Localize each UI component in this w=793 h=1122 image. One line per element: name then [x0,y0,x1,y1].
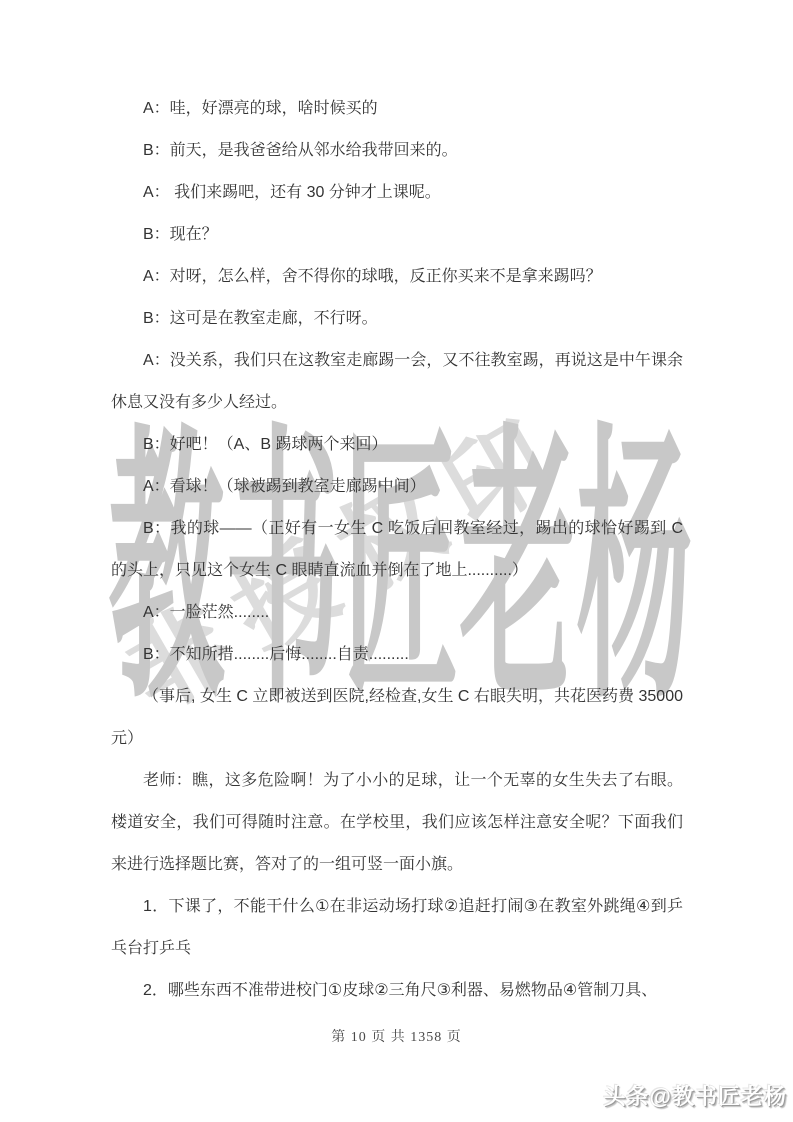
paragraph: A：哇，好漂亮的球，啥时候买的 [111,88,683,130]
document-body: A：哇，好漂亮的球，啥时候买的B：前天，是我爸爸给从邻水给我带回来的。A： 我们… [111,88,683,1012]
paragraph: 2．哪些东西不准带进校门①皮球②三角尺③利器、易燃物品④管制刀具、 [111,970,683,1012]
paragraph: A：一脸茫然........ [111,592,683,634]
paragraph: B：前天，是我爸爸给从邻水给我带回来的。 [111,130,683,172]
paragraph: 1．下课了，不能干什么①在非运动场打球②追赶打闹③在教室外跳绳④到乒乓台打乒乓 [111,886,683,970]
paragraph: A：看球！（球被踢到教室走廊踢中间） [111,466,683,508]
paragraph: B：好吧！（A、B 踢球两个来回） [111,424,683,466]
paragraph: B：这可是在教室走廊，不行呀。 [111,298,683,340]
paragraph: A：对呀，怎么样，舍不得你的球哦，反正你买来不是拿来踢吗？ [111,256,683,298]
toutiao-corner-watermark: 头条@教书匠老杨 [604,1080,787,1111]
paragraph: B：我的球——（正好有一女生 C 吃饭后回教室经过，踢出的球恰好踢到 C 的头上… [111,508,683,592]
paragraph: B：不知所措........后悔........自责......... [111,634,683,676]
paragraph: 老师：瞧，这多危险啊！为了小小的足球，让一个无辜的女生失去了右眼。楼道安全，我们… [111,760,683,886]
document-page: 非授权印 教书匠老杨 A：哇，好漂亮的球，啥时候买的B：前天，是我爸爸给从邻水给… [0,0,793,1122]
paragraph: （事后, 女生 C 立即被送到医院,经检查,女生 C 右眼失明，共花医药费 35… [111,676,683,760]
paragraph: A： 我们来踢吧，还有 30 分钟才上课呢。 [111,172,683,214]
paragraph: B：现在？ [111,214,683,256]
page-number-footer: 第 10 页 共 1358 页 [0,1026,793,1046]
paragraph: A：没关系，我们只在这教室走廊踢一会，又不往教室踢，再说这是中午课余休息又没有多… [111,340,683,424]
